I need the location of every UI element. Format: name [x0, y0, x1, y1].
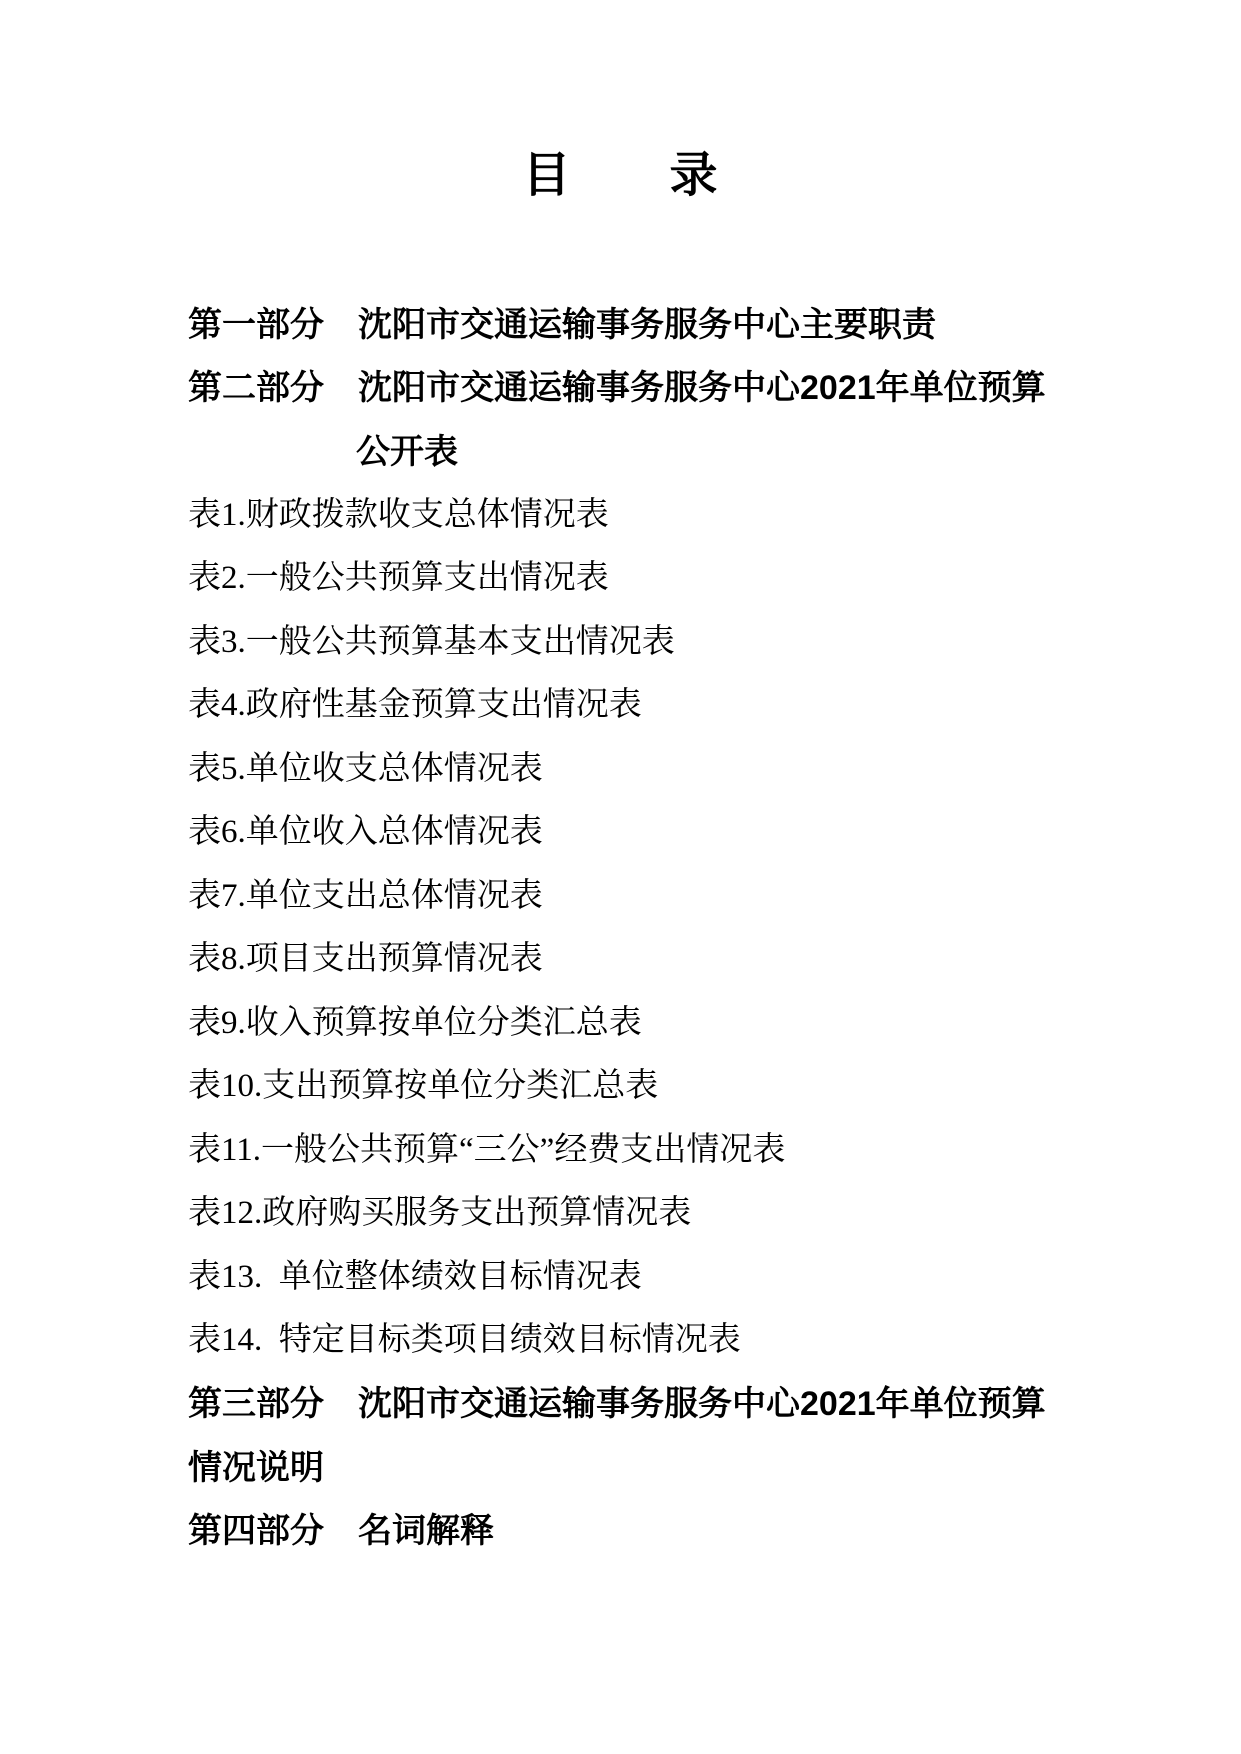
page-title: 目 录	[0, 0, 1241, 203]
toc-section-heading: 第三部分 沈阳市交通运输事务服务中心2021年单位预算	[0, 1372, 1241, 1436]
toc-section-heading: 公开表	[0, 420, 1241, 484]
toc-item: 表5.单位收支总体情况表	[0, 737, 1241, 801]
toc-item: 表9.收入预算按单位分类汇总表	[0, 991, 1241, 1055]
toc-item: 表12.政府购买服务支出预算情况表	[0, 1182, 1241, 1246]
toc-item: 表6.单位收入总体情况表	[0, 801, 1241, 865]
toc-item: 表8.项目支出预算情况表	[0, 928, 1241, 992]
toc-section-heading: 第四部分 名词解释	[0, 1499, 1241, 1563]
toc-item: 表3.一般公共预算基本支出情况表	[0, 610, 1241, 674]
toc-item: 表11.一般公共预算“三公”经费支出情况表	[0, 1118, 1241, 1182]
toc-item: 表1.财政拨款收支总体情况表	[0, 483, 1241, 547]
toc-section-heading: 第二部分 沈阳市交通运输事务服务中心2021年单位预算	[0, 356, 1241, 420]
toc-item: 表13. 单位整体绩效目标情况表	[0, 1245, 1241, 1309]
toc-item: 表14. 特定目标类项目绩效目标情况表	[0, 1309, 1241, 1373]
toc-item: 表10.支出预算按单位分类汇总表	[0, 1055, 1241, 1119]
budget-toc-page: 目 录 第一部分 沈阳市交通运输事务服务中心主要职责第二部分 沈阳市交通运输事务…	[0, 0, 1241, 1754]
table-of-contents: 第一部分 沈阳市交通运输事务服务中心主要职责第二部分 沈阳市交通运输事务服务中心…	[0, 293, 1241, 1563]
toc-section-heading: 第一部分 沈阳市交通运输事务服务中心主要职责	[0, 293, 1241, 357]
toc-item: 表2.一般公共预算支出情况表	[0, 547, 1241, 611]
toc-section-heading: 情况说明	[0, 1436, 1241, 1500]
toc-item: 表4.政府性基金预算支出情况表	[0, 674, 1241, 738]
toc-item: 表7.单位支出总体情况表	[0, 864, 1241, 928]
